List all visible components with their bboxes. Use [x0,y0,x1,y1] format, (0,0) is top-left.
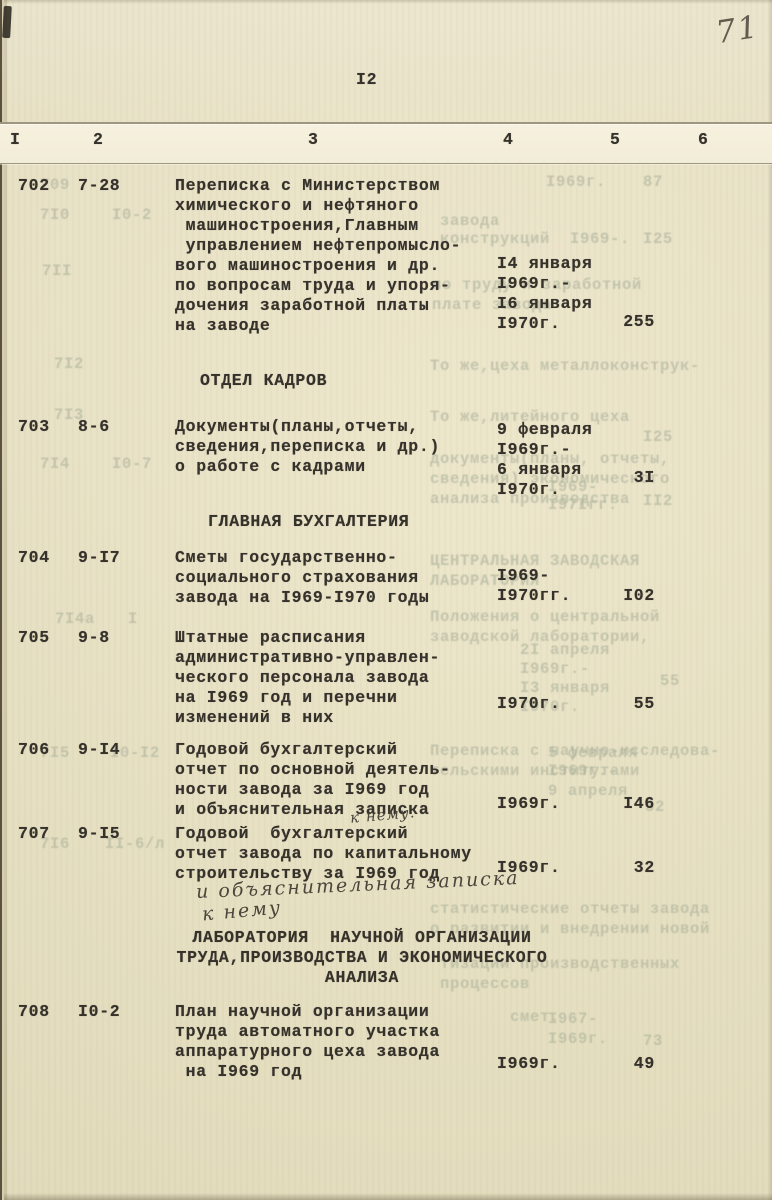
entry-number: 707 [18,824,50,844]
handwritten-corner-number: 71 [713,9,762,51]
bleedthrough-text: То же,цеха металлоконструк- [430,357,700,376]
bleedthrough-text: I0-2 [112,206,152,225]
entry-sheets: I46 [575,794,655,814]
bleedthrough-text: 5 февраля [548,744,638,763]
entry-title: План научной организации труда автоматно… [175,1002,440,1082]
bleedthrough-text: 7II [42,262,72,281]
section-title-laboratoria: ЛАБОРАТОРИЯ НАУЧНОЙ ОРГАНИЗАЦИИ ТРУДА,ПР… [172,928,552,988]
entry-number: 705 [18,628,50,648]
entry-index: 9-I4 [78,740,120,760]
bleedthrough-text: 55 [660,672,680,691]
table-header-band [0,122,772,164]
bleedthrough-text: I0-7 [112,455,152,474]
page-left-edge [0,0,7,1200]
bleedthrough-text: 7I4а [55,610,95,629]
entry-number: 704 [18,548,50,568]
entry-dates: I969г. [497,1054,561,1074]
entry-index: 9-8 [78,628,110,648]
page-bottom-edge [0,1193,772,1200]
entry-index: 7-28 [78,176,120,196]
column-header: I [10,130,21,150]
bleedthrough-text: I25 [643,230,673,249]
entry-dates: 9 февраля I969г.- 6 января I970г. [497,420,592,500]
section-title-kadry: ОТДЕЛ КАДРОВ [200,371,327,391]
bleedthrough-text: I25 [643,428,673,447]
bleedthrough-text: I969г.- [520,660,590,679]
entry-dates: I970г. [497,694,561,714]
bleedthrough-text: 7I4 [40,455,70,474]
entry-number: 703 [18,417,50,437]
column-header: 6 [698,130,709,150]
entry-index: 8-6 [78,417,110,437]
entry-dates: I969- I970гг. [497,566,571,606]
bleedthrough-text: II2 [643,492,673,511]
entry-dates: I969г. [497,794,561,814]
bleedthrough-text: 7I2 [54,355,84,374]
column-header: 2 [93,130,104,150]
entry-index: 9-I7 [78,548,120,568]
entry-index: 9-I5 [78,824,120,844]
column-header: 3 [308,130,319,150]
bleedthrough-text: I969г.- [548,762,618,781]
bleedthrough-text: конструкций I969-. [440,230,630,249]
entry-title: Документы(планы,отчеты, сведения,перепис… [175,417,440,477]
entry-sheets: 255 [575,312,655,332]
entry-number: 702 [18,176,50,196]
bleedthrough-text: 2I апреля [520,641,610,660]
bleedthrough-text: I967- [548,1010,598,1029]
entry-sheets: 32 [575,858,655,878]
section-title-buhgalteria: ГЛАВНАЯ БУХГАЛТЕРИЯ [208,512,409,532]
entry-sheets: 49 [575,1054,655,1074]
entry-title: Штатные расписания административно-управ… [175,628,440,728]
bleedthrough-text: I969г. [546,173,606,192]
column-header: 5 [610,130,621,150]
entry-number: 708 [18,1002,50,1022]
entry-sheets: 3I [575,468,655,488]
entry-sheets: I02 [575,586,655,606]
column-header: 4 [503,130,514,150]
corner-ink-mark [2,6,12,38]
page-right-edge [768,0,772,1200]
bleedthrough-text: I969г. [548,1030,608,1049]
bleedthrough-text: 73 [643,1032,663,1051]
bleedthrough-text: статистические отчеты завода [430,900,710,919]
bleedthrough-text: Положения о центральной [430,608,660,627]
entry-title: Сметы государственно- социального страхо… [175,548,429,608]
scanned-archive-page: 709I969г.877I0I0-2заводаконструкций I969… [0,0,772,1200]
bleedthrough-text: 7I0 [40,206,70,225]
entry-index: I0-2 [78,1002,120,1022]
bleedthrough-text: 87 [643,173,663,192]
entry-title: Переписка с Министерством химического и … [175,176,461,336]
entry-number: 706 [18,740,50,760]
entry-sheets: 55 [575,694,655,714]
page-number: I2 [356,70,377,90]
bleedthrough-text: I [128,610,138,629]
page-top-edge [0,0,772,4]
